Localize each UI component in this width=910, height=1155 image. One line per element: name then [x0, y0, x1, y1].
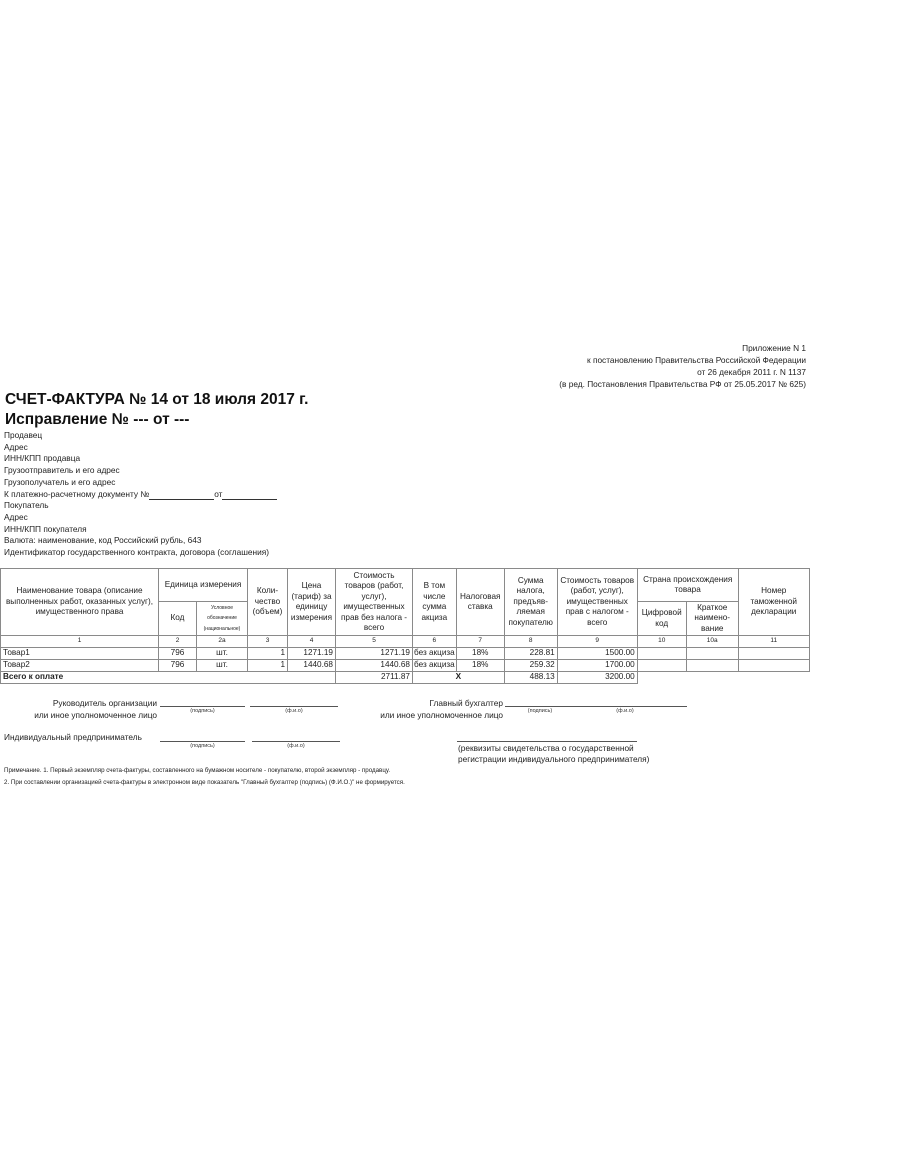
header-country-name: Краткое наимено-вание: [686, 602, 738, 636]
accountant-label-line2: или иное уполномоченное лицо: [340, 709, 503, 721]
header-name: Наименование товара (описание выполненны…: [1, 569, 159, 636]
buyer-inn-field: ИНН/КПП покупателя: [4, 524, 277, 536]
item-cost: 1440.68: [336, 659, 413, 671]
column-number: 1: [1, 636, 159, 648]
column-number: 6: [413, 636, 457, 648]
item-qty: 1: [248, 659, 288, 671]
total-cost: 2711.87: [336, 671, 413, 683]
item-unit-code: 796: [159, 647, 197, 659]
entrepreneur-signature-line: [160, 741, 245, 742]
header-cost-with-tax: Стоимость товаров (работ, услуг), имущес…: [557, 569, 637, 636]
head-signature-caption: (подпись): [160, 708, 245, 714]
column-number: 10а: [686, 636, 738, 648]
item-customs: [738, 647, 809, 659]
entrepreneur-fio-line: [252, 741, 340, 742]
shipper-field: Грузоотправитель и его адрес: [4, 465, 277, 477]
item-customs: [738, 659, 809, 671]
column-number: 5: [336, 636, 413, 648]
total-row-empty: [637, 671, 809, 683]
payment-document-date-line: [222, 490, 277, 500]
item-tax-rate: 18%: [456, 647, 504, 659]
item-country-code: [637, 647, 686, 659]
column-number: 7: [456, 636, 504, 648]
table-row: Товар2 796 шт. 1 1440.68 1440.68 без акц…: [1, 659, 810, 671]
appendix-reference: Приложение N 1 к постановлению Правитель…: [559, 342, 806, 390]
column-number: 4: [288, 636, 336, 648]
correction-title: Исправление № --- от ---: [5, 410, 189, 430]
note-2: 2. При составлении организацией счета-фа…: [4, 779, 405, 786]
item-cost: 1271.19: [336, 647, 413, 659]
seller-field: Продавец: [4, 430, 277, 442]
head-signature-line: [160, 706, 245, 707]
total-row: Всего к оплате 2711.87 X 488.13 3200.00: [1, 671, 810, 683]
registration-caption-line2: регистрации индивидуального предпринимат…: [458, 754, 649, 765]
registration-line: [457, 741, 637, 742]
currency-field: Валюта: наименование, код Российский руб…: [4, 535, 277, 547]
item-tax-amount: 228.81: [504, 647, 557, 659]
column-number: 11: [738, 636, 809, 648]
entrepreneur-label: Индивидуальный предприниматель: [4, 732, 142, 742]
entrepreneur-signature-caption: (подпись): [160, 743, 245, 749]
item-price: 1271.19: [288, 647, 336, 659]
header-cost-no-tax: Стоимость товаров (работ, услуг), имущес…: [336, 569, 413, 636]
payment-document-label: К платежно-расчетному документу №: [4, 489, 149, 499]
item-total: 1700.00: [557, 659, 637, 671]
consignee-field: Грузополучатель и его адрес: [4, 477, 277, 489]
seller-address-field: Адрес: [4, 442, 277, 454]
header-customs: Номер таможенной декларации: [738, 569, 809, 636]
header-tax-amount: Сумма налога, предъяв-ляемая покупателю: [504, 569, 557, 636]
note-1: Примечание. 1. Первый экземпляр счета-фа…: [4, 767, 390, 774]
invoice-table: Наименование товара (описание выполненны…: [0, 568, 810, 684]
buyer-address-field: Адрес: [4, 512, 277, 524]
head-label-line2: или иное уполномоченное лицо: [0, 709, 157, 721]
total-tax: 488.13: [504, 671, 557, 683]
header-unit-code: Код: [159, 602, 197, 636]
buyer-field: Покупатель: [4, 500, 277, 512]
header-price: Цена (тариф) за единицу измерения: [288, 569, 336, 636]
item-price: 1440.68: [288, 659, 336, 671]
payment-document-number-line: [149, 490, 214, 500]
item-unit: шт.: [197, 659, 248, 671]
appendix-line: от 26 декабря 2011 г. N 1137: [559, 366, 806, 378]
header-qty: Коли-чество (объем): [248, 569, 288, 636]
table-row: Товар1 796 шт. 1 1271.19 1271.19 без акц…: [1, 647, 810, 659]
total-label: Всего к оплате: [1, 671, 336, 683]
item-excise: без акциза: [413, 647, 457, 659]
invoice-title: СЧЕТ-ФАКТУРА № 14 от 18 июля 2017 г.: [5, 390, 308, 410]
item-tax-rate: 18%: [456, 659, 504, 671]
column-number: 3: [248, 636, 288, 648]
header-unit-symbol: Условное обозначение (национальное): [197, 602, 248, 636]
header-unit: Единица измерения: [159, 569, 248, 602]
entrepreneur-fio-caption: (ф.и.о): [252, 743, 340, 749]
seller-inn-field: ИНН/КПП продавца: [4, 453, 277, 465]
accountant-signature-line: [505, 706, 687, 707]
column-number: 10: [637, 636, 686, 648]
payment-document-field: К платежно-расчетному документу №от: [4, 489, 277, 501]
column-number: 2а: [197, 636, 248, 648]
total-amount: 3200.00: [557, 671, 637, 683]
total-x-mark: X: [413, 671, 505, 683]
accountant-fio-caption: (ф.и.о): [585, 708, 665, 714]
accountant-signature-label: Главный бухгалтер или иное уполномоченно…: [340, 697, 503, 721]
item-excise: без акциза: [413, 659, 457, 671]
header-tax-rate: Налоговая ставка: [456, 569, 504, 636]
appendix-line: (в ред. Постановления Правительства РФ о…: [559, 378, 806, 390]
accountant-label-line1: Главный бухгалтер: [340, 697, 503, 709]
column-number: 8: [504, 636, 557, 648]
item-total: 1500.00: [557, 647, 637, 659]
appendix-line: Приложение N 1: [559, 342, 806, 354]
contract-id-field: Идентификатор государственного контракта…: [4, 547, 277, 559]
item-country-name: [686, 659, 738, 671]
appendix-line: к постановлению Правительства Российской…: [559, 354, 806, 366]
head-fio-caption: (ф.и.о): [250, 708, 338, 714]
payment-document-from-label: от: [214, 489, 222, 499]
item-unit: шт.: [197, 647, 248, 659]
registration-caption-line1: (реквизиты свидетельства о государственн…: [458, 743, 649, 754]
item-name: Товар1: [1, 647, 159, 659]
head-fio-line: [250, 706, 338, 707]
item-unit-code: 796: [159, 659, 197, 671]
column-number: 9: [557, 636, 637, 648]
column-number: 2: [159, 636, 197, 648]
header-excise: В том числе сумма акциза: [413, 569, 457, 636]
item-qty: 1: [248, 647, 288, 659]
column-numbers-row: 1 2 2а 3 4 5 6 7 8 9 10 10а 11: [1, 636, 810, 648]
header-country-code: Цифровой код: [637, 602, 686, 636]
accountant-signature-caption: (подпись): [505, 708, 575, 714]
head-signature-label: Руководитель организации или иное уполно…: [0, 697, 157, 721]
invoice-fields: Продавец Адрес ИНН/КПП продавца Грузоотп…: [4, 430, 277, 559]
header-country: Страна происхождения товара: [637, 569, 738, 602]
item-name: Товар2: [1, 659, 159, 671]
item-tax-amount: 259.32: [504, 659, 557, 671]
item-country-name: [686, 647, 738, 659]
head-label-line1: Руководитель организации: [0, 697, 157, 709]
item-country-code: [637, 659, 686, 671]
registration-caption: (реквизиты свидетельства о государственн…: [458, 743, 649, 765]
